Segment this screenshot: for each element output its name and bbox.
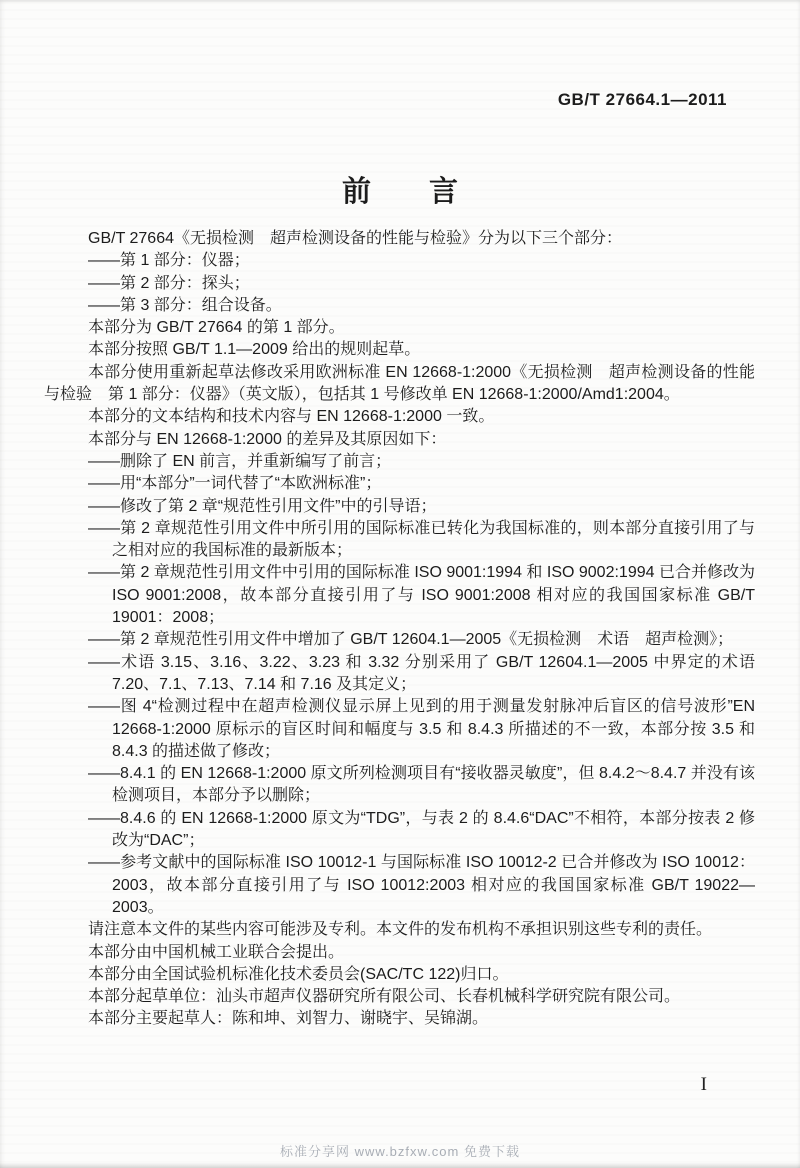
paragraph: 本部分由全国试验机标准化技术委员会(SAC/TC 122)归口。 <box>44 964 755 986</box>
paragraph: ——删除了 EN 前言，并重新编写了前言； <box>44 451 755 473</box>
paragraph: ——第 2 章规范性引用文件中增加了 GB/T 12604.1—2005《无损检… <box>44 629 755 651</box>
paragraph: ——第 2 章规范性引用文件中引用的国际标准 ISO 9001:1994 和 I… <box>44 562 755 629</box>
scan-edge <box>0 1163 800 1168</box>
paragraph: ——第 3 部分：组合设备。 <box>44 295 755 317</box>
paragraph: ——术语 3.15、3.16、3.22、3.23 和 3.32 分别采用了 GB… <box>44 652 755 697</box>
page-number: I <box>701 1074 707 1096</box>
paragraph: ——修改了第 2 章“规范性引用文件”中的引导语； <box>44 496 755 518</box>
paragraph: ——8.4.6 的 EN 12668-1:2000 原文为“TDG”，与表 2 … <box>44 808 755 853</box>
page-title: 前 言 <box>0 169 800 210</box>
paragraph: ——第 2 部分：探头； <box>44 273 755 295</box>
paragraph: ——参考文献中的国际标准 ISO 10012-1 与国际标准 ISO 10012… <box>44 852 755 919</box>
paragraph: ——第 1 部分：仪器； <box>44 250 755 272</box>
paragraph: 本部分由中国机械工业联合会提出。 <box>44 942 755 964</box>
paragraph: ——用“本部分”一词代替了“本欧洲标准”； <box>44 473 755 495</box>
paragraph: 本部分为 GB/T 27664 的第 1 部分。 <box>44 317 755 339</box>
paragraph: ——第 2 章规范性引用文件中所引用的国际标准已转化为我国标准的，则本部分直接引… <box>44 518 755 563</box>
paragraph: GB/T 27664《无损检测 超声检测设备的性能与检验》分为以下三个部分： <box>44 228 755 250</box>
paragraph: 本部分按照 GB/T 1.1—2009 给出的规则起草。 <box>44 339 755 361</box>
foreword-body: GB/T 27664《无损检测 超声检测设备的性能与检验》分为以下三个部分：——… <box>44 228 755 1031</box>
paragraph: ——图 4“检测过程中在超声检测仪显示屏上见到的用于测量发射脉冲后盲区的信号波形… <box>44 696 755 763</box>
paragraph: ——8.4.1 的 EN 12668-1:2000 原文所列检测项目有“接收器灵… <box>44 763 755 808</box>
footer-watermark: 标准分享网 www.bzfxw.com 免费下载 <box>0 1141 800 1160</box>
doc-code: GB/T 27664.1—2011 <box>558 90 727 110</box>
paragraph: 本部分起草单位：汕头市超声仪器研究所有限公司、长春机械科学研究院有限公司。 <box>44 986 755 1008</box>
paragraph: 请注意本文件的某些内容可能涉及专利。本文件的发布机构不承担识别这些专利的责任。 <box>44 919 755 941</box>
paragraph: 本部分使用重新起草法修改采用欧洲标准 EN 12668-1:2000《无损检测 … <box>44 362 755 407</box>
standard-document-page: GB/T 27664.1—2011 前 言 GB/T 27664《无损检测 超声… <box>0 0 800 1168</box>
paragraph: 本部分的文本结构和技术内容与 EN 12668-1:2000 一致。 <box>44 406 755 428</box>
paragraph: 本部分主要起草人：陈和坤、刘智力、谢晓宇、吴锦湖。 <box>44 1008 755 1030</box>
paragraph: 本部分与 EN 12668-1:2000 的差异及其原因如下： <box>44 429 755 451</box>
